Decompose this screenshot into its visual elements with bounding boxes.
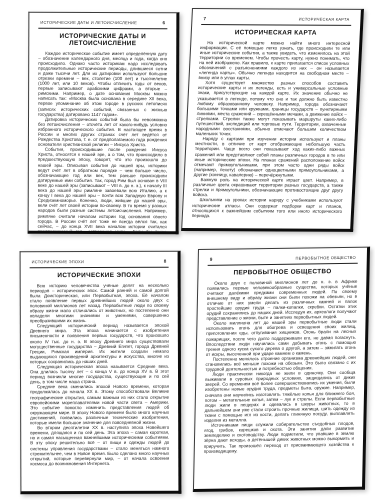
page-number: 6: [163, 20, 166, 25]
body-paragraph: Средние века сменились эпохой Нового вре…: [30, 384, 169, 425]
page-body: Каждое историческое событие имеет опреде…: [38, 50, 168, 234]
running-header-text: ИСТОРИЧЕСКИЕ ДАТЫ И ЛЕТОИСЧИСЛЕНИЕ: [40, 20, 137, 25]
body-paragraph: Источниками пищи служили собирательство …: [204, 421, 355, 454]
body-paragraph: Следующий исторический период называется…: [30, 323, 169, 364]
page-number: 8: [164, 259, 167, 264]
book-page-6[interactable]: ИСТОРИЧЕСКИЕ ДАТЫ И ЛЕТОИСЧИСЛЕНИЕ 6 ИСТ…: [28, 12, 180, 235]
book-page-7[interactable]: 7 ИСТОРИЧЕСКАЯ КАРТА ИСТОРИЧЕСКАЯ КАРТА …: [181, 8, 364, 232]
running-header-text: ИСТОРИЧЕСКИЕ ЭПОХИ: [32, 259, 85, 264]
running-header: 9 ПЕРВОБЫТНОЕ ОБЩЕСТВО: [208, 255, 358, 266]
running-header: ИСТОРИЧЕСКИЕ ДАТЫ И ЛЕТОИСЧИСЛЕНИЕ 6: [38, 20, 167, 29]
book-page-8[interactable]: ИСТОРИЧЕСКИЕ ЭПОХИ 8 ИСТОРИЧЕСКИЕ ЭПОХИ …: [20, 251, 182, 495]
body-paragraph: Около миллиона лет до нашей эры первобыт…: [206, 319, 357, 357]
running-header: ИСТОРИЧЕСКИЕ ЭПОХИ 8: [30, 259, 169, 268]
chapter-title: ИСТОРИЧЕСКИЕ ЭПОХИ: [30, 271, 169, 278]
body-paragraph: Во втором десятилетии XX в. наступила эп…: [30, 425, 169, 466]
body-paragraph: Хотя существует множество разных способо…: [196, 80, 349, 137]
running-header-text: ИСТОРИЧЕСКАЯ КАРТА: [299, 17, 350, 22]
chapter-title: ИСТОРИЧЕСКАЯ КАРТА: [201, 29, 351, 37]
page-body: Всю историю человечества учёные делят на…: [30, 282, 170, 466]
running-header-text: ПЕРВОБЫТНОЕ ОБЩЕСТВО: [296, 255, 356, 261]
body-paragraph: Важную роль на исторической карте играет…: [193, 177, 344, 198]
body-paragraph: События, происходившие после рождения Ии…: [38, 147, 167, 234]
page-body: На исторической карте можно найти много …: [192, 40, 351, 219]
running-header: 7 ИСТОРИЧЕСКАЯ КАРТА: [201, 16, 351, 25]
page-number: 7: [203, 16, 206, 21]
page-number: 9: [210, 257, 213, 262]
body-paragraph: Следующая историческая эпоха называется …: [30, 364, 169, 385]
body-paragraph: Датировка исторических событий была бы н…: [38, 116, 167, 147]
page-body: Около двух с половиной миллионов лет до …: [204, 278, 358, 453]
book-page-9[interactable]: 9 ПЕРВОБЫТНОЕ ОБЩЕСТВО ПЕРВОБЫТНОЕ ОБЩЕС…: [193, 247, 370, 492]
body-paragraph: Около двух с половиной миллионов лет до …: [206, 278, 357, 321]
chapter-title: ИСТОРИЧЕСКИЕ ДАТЫ И ЛЕТОИСЧИСЛЕНИЕ: [38, 32, 167, 46]
body-paragraph: Всю историю человечества учёные делят на…: [30, 282, 169, 323]
body-paragraph: На исторической карте можно найти много …: [198, 40, 350, 82]
body-paragraph: Каждое историческое событие имеет опреде…: [38, 50, 167, 117]
body-paragraph: Люди практически никогда не жили в одино…: [204, 370, 355, 423]
body-paragraph: Школьники на уроках истории наряду с уче…: [192, 197, 343, 218]
chapter-title: ПЕРВОБЫТНОЕ ОБЩЕСТВО: [207, 267, 357, 276]
body-paragraph: Наряду с картами при изучении истории ис…: [194, 136, 346, 178]
